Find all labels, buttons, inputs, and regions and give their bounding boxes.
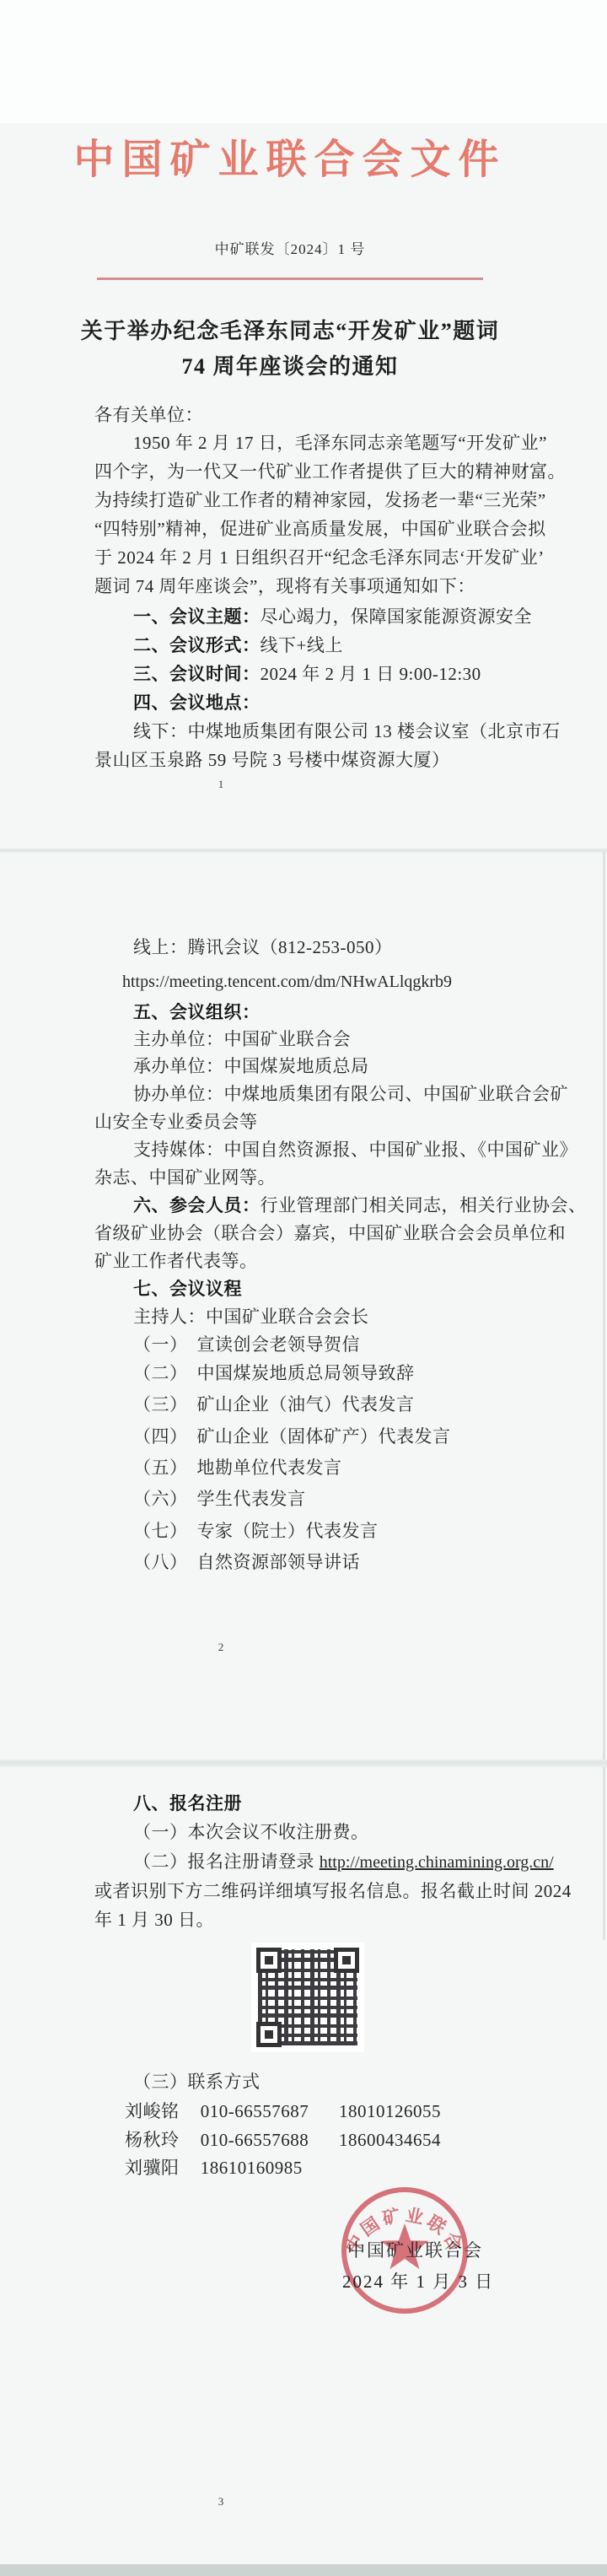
item-time-label: 三、会议时间： xyxy=(133,665,261,684)
agenda-host: 主持人：中国矿业联合会会长 xyxy=(133,1306,369,1328)
salutation: 各有关单位： xyxy=(94,404,203,426)
page-break-shadow xyxy=(0,849,607,853)
section-organization-label: 五、会议组织： xyxy=(133,1003,261,1022)
contact-name: 刘峻铭 xyxy=(125,2100,196,2122)
contact-mobile: 18010126055 xyxy=(339,2101,441,2121)
org-line: 杂志、中国矿业网等。 xyxy=(94,1167,276,1188)
qr-finder-top-left xyxy=(256,1948,282,1973)
item-theme-label: 一、会议主题： xyxy=(133,607,261,627)
contact-mobile: 18600434654 xyxy=(339,2130,441,2150)
intro-line: 题词 74 周年座谈会”，现将有关事项通知如下： xyxy=(94,575,475,597)
agenda-item: （六） 学生代表发言 xyxy=(133,1488,306,1510)
contact-name: 刘骥阳 xyxy=(125,2157,196,2179)
org-line: 协办单位：中煤地质集团有限公司、中国矿业联合会矿 xyxy=(133,1083,568,1105)
participants-text: 行业管理部门相关同志，相关行业协会、 xyxy=(261,1195,587,1215)
section-participants: 六、参会人员：行业管理部门相关同志，相关行业协会、 xyxy=(133,1194,587,1217)
contact-row: 杨秋玲 010-66557688 18600434654 xyxy=(125,2129,441,2151)
registration-line: 或者识别下方二维码详细填写报名信息。报名截止时间 2024 xyxy=(94,1880,572,1902)
agenda-item: （七） 专家（院士）代表发言 xyxy=(133,1520,379,1542)
page-number-1: 1 xyxy=(212,778,229,791)
venue-offline-line: 线下：中煤地质集团有限公司 13 楼会议室（北京市石 xyxy=(133,720,561,742)
org-line: 支持媒体：中国自然资源报、中国矿业报、《中国矿业》 xyxy=(133,1139,577,1161)
intro-line: 于 2024 年 2 月 1 日组织召开“纪念毛泽东同志‘开发矿业’ xyxy=(94,547,545,569)
registration-line: 年 1 月 30 日。 xyxy=(94,1909,214,1931)
section-organization: 五、会议组织： xyxy=(133,1001,261,1024)
participants-line: 矿业工作者代表等。 xyxy=(94,1250,258,1272)
registration-item1: （一）本次会议不收注册费。 xyxy=(133,1821,369,1843)
doc-number: 中矿联发〔2024〕1 号 xyxy=(0,237,580,258)
page-break-shadow xyxy=(0,1760,607,1767)
venue-online-line: 线上：腾讯会议（812-253-050） xyxy=(133,936,393,958)
item-format-label: 二、会议形式： xyxy=(133,636,261,655)
agenda-item: （二） 中国煤炭地质总局领导致辞 xyxy=(133,1362,415,1384)
registration-item2: （二）报名注册请登录 http://meeting.chinamining.or… xyxy=(133,1851,554,1873)
red-separator-rule xyxy=(97,278,483,280)
item-theme: 一、会议主题：尽心竭力，保障国家能源资源安全 xyxy=(133,606,532,628)
registration-qr-code xyxy=(251,1943,364,2052)
item-theme-text: 尽心竭力，保障国家能源资源安全 xyxy=(261,606,533,627)
contact-row: 刘骥阳 18610160985 xyxy=(125,2157,328,2179)
meeting-link[interactable]: https://meeting.tencent.com/dm/NHwALlqgk… xyxy=(122,970,452,993)
org-line: 主办单位：中国矿业联合会 xyxy=(133,1028,351,1050)
item-format: 二、会议形式：线下+线上 xyxy=(133,634,343,657)
intro-line: 为持续打造矿业工作者的精神家园，发扬老一辈“三光荣” xyxy=(94,489,546,511)
section-registration-label: 八、报名注册 xyxy=(133,1794,242,1813)
item-format-text: 线下+线上 xyxy=(261,635,343,655)
contact-phone: 010-66557688 xyxy=(201,2129,309,2151)
document-header-title: 中国矿业联合会文件 xyxy=(0,127,580,185)
scan-edge-shadow xyxy=(603,852,605,1940)
intro-line: “四特别”精神，促进矿业高质量发展，中国矿业联合会拟 xyxy=(94,518,546,540)
contact-phone: 010-66557687 xyxy=(201,2100,309,2122)
item-venue: 四、会议地点： xyxy=(133,692,261,714)
section-agenda-label: 七、会议议程 xyxy=(133,1280,242,1299)
notice-title-line2: 74 周年座谈会的通知 xyxy=(0,349,580,380)
section-agenda: 七、会议议程 xyxy=(133,1278,242,1301)
qr-finder-top-right xyxy=(334,1948,359,1973)
participants-line: 省级矿业协会（联合会）嘉宾，中国矿业联合会会员单位和 xyxy=(94,1222,566,1244)
page-number-2: 2 xyxy=(212,1641,229,1654)
scan-top-margin xyxy=(0,0,607,123)
registration-url[interactable]: http://meeting.chinamining.org.cn/ xyxy=(320,1853,554,1872)
tencent-meeting-url[interactable]: https://meeting.tencent.com/dm/NHwALlqgk… xyxy=(122,973,452,991)
contact-row: 刘峻铭 010-66557687 18010126055 xyxy=(125,2100,441,2122)
org-line: 山安全专业委员会等 xyxy=(94,1111,258,1133)
item-venue-label: 四、会议地点： xyxy=(133,693,261,713)
venue-offline-line: 景山区玉泉路 59 号院 3 号楼中煤资源大厦） xyxy=(94,749,450,771)
agenda-item: （三） 矿山企业（油气）代表发言 xyxy=(133,1393,415,1415)
contact-section-label: （三）联系方式 xyxy=(133,2071,261,2093)
agenda-item: （八） 自然资源部领导讲话 xyxy=(133,1551,360,1573)
item-time-text: 2024 年 2 月 1 日 9:00-12:30 xyxy=(261,664,481,684)
agenda-item: （一） 宣读创会老领导贺信 xyxy=(133,1334,360,1355)
qr-finder-bottom-left xyxy=(256,2022,282,2047)
contact-phone: 18610160985 xyxy=(201,2157,303,2179)
contact-name: 杨秋玲 xyxy=(125,2129,196,2151)
section-participants-label: 六、参会人员： xyxy=(133,1196,261,1215)
signature-org: 中国矿业联合会 xyxy=(347,2237,483,2262)
org-line: 承办单位：中国煤炭地质总局 xyxy=(133,1055,369,1077)
scanned-document: 中国矿业联合会文件 中矿联发〔2024〕1 号 关于举办纪念毛泽东同志“开发矿业… xyxy=(0,0,607,2576)
page-number-3: 3 xyxy=(212,2495,229,2509)
registration-item2-prefix: （二）报名注册请登录 xyxy=(133,1851,320,1872)
intro-line: 1950 年 2 月 17 日，毛泽东同志亲笔题写“开发矿业” xyxy=(133,432,547,454)
scan-bottom-edge xyxy=(0,2564,607,2576)
agenda-item: （四） 矿山企业（固体矿产）代表发言 xyxy=(133,1425,451,1447)
section-registration: 八、报名注册 xyxy=(133,1792,242,1815)
signature-date: 2024 年 1 月 3 日 xyxy=(342,2268,494,2293)
item-time: 三、会议时间：2024 年 2 月 1 日 9:00-12:30 xyxy=(133,663,481,686)
agenda-item: （五） 地勘单位代表发言 xyxy=(133,1457,342,1479)
notice-title-line1: 关于举办纪念毛泽东同志“开发矿业”题词 xyxy=(0,314,580,345)
intro-line: 四个字，为一代又一代矿业工作者提供了巨大的精神财富。 xyxy=(94,461,566,482)
